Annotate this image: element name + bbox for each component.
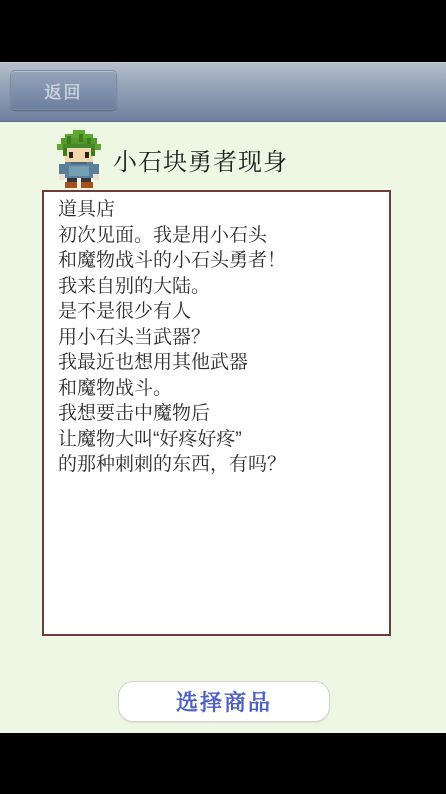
- dialog-line: 和魔物战斗。: [58, 376, 375, 402]
- hero-sprite-icon: [55, 130, 103, 188]
- choose-goods-button[interactable]: 选择商品: [118, 681, 330, 722]
- page-title: 小石块勇者现身: [113, 142, 288, 177]
- dialog-line: 我想要击中魔物后: [58, 401, 375, 427]
- dialog-line: 让魔物大叫“好疼好疼”: [58, 427, 375, 453]
- header-row: 小石块勇者现身: [55, 128, 288, 190]
- toolbar: 返回: [0, 62, 446, 123]
- dialog-line: 道具店: [58, 197, 375, 223]
- dialog-line: 和魔物战斗的小石头勇者！: [58, 248, 375, 274]
- dialog-line: 用小石头当武器？: [58, 325, 375, 351]
- dialog-line: 的那种刺刺的东西，有吗？: [58, 452, 375, 478]
- bottom-bar: [0, 733, 446, 794]
- dialog-line: 初次见面。我是用小石头: [58, 223, 375, 249]
- content-area: 小石块勇者现身 道具店 初次见面。我是用小石头 和魔物战斗的小石头勇者！ 我来自…: [0, 122, 446, 733]
- status-bar: [0, 0, 446, 62]
- dialog-line: 我来自别的大陆。: [58, 274, 375, 300]
- dialog-line: 我最近也想用其他武器: [58, 350, 375, 376]
- back-button[interactable]: 返回: [10, 70, 117, 110]
- dialog-line: 是不是很少有人: [58, 299, 375, 325]
- app-screen: 返回: [0, 0, 446, 794]
- dialog-box: 道具店 初次见面。我是用小石头 和魔物战斗的小石头勇者！ 我来自别的大陆。 是不…: [42, 190, 391, 636]
